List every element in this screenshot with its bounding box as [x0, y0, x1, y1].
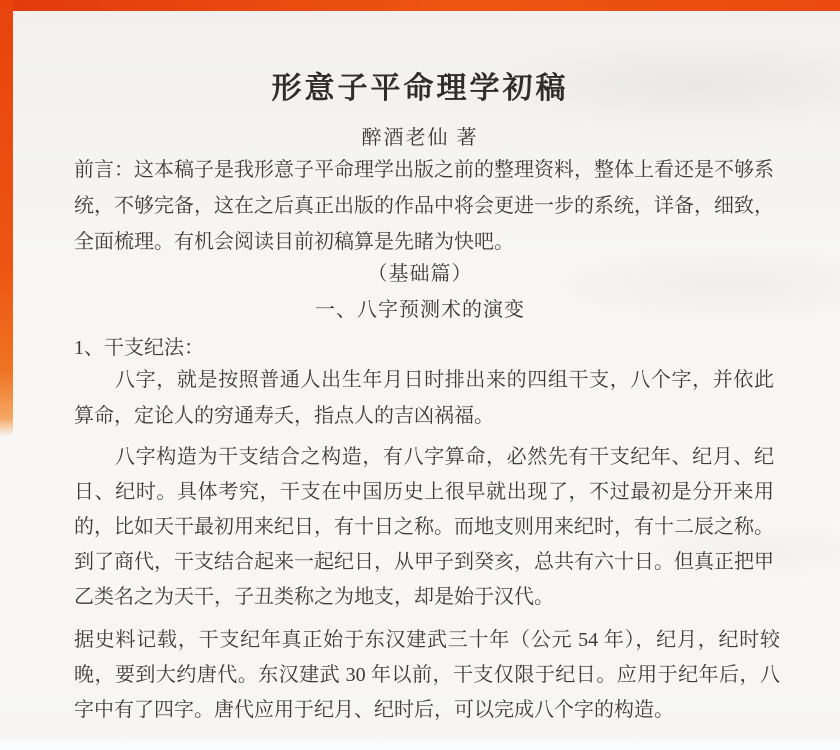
scan-bottom-edge — [0, 736, 840, 750]
scanned-page: 形意子平命理学初稿 醉酒老仙 著 前言：这本稿子是我形意子平命理学出版之前的整理… — [0, 0, 840, 750]
section-heading: （基础篇） — [0, 257, 840, 286]
list-heading: 1、干支纪法： — [74, 331, 204, 360]
body-paragraph: 据史料记载，干支纪年真正始于东汉建武三十年（公元 54 年），纪月，纪时较晚，要… — [74, 623, 780, 728]
page-title: 形意子平命理学初稿 — [0, 63, 840, 107]
preface-paragraph: 前言：这本稿子是我形意子平命理学出版之前的整理资料，整体上看还是不够系统，不够完… — [74, 152, 774, 260]
chapter-heading: 一、八字预测术的演变 — [0, 293, 840, 322]
scan-top-border — [0, 0, 840, 11]
body-paragraph: 八字构造为干支结合之构造，有八字算命，必然先有干支纪年、纪月、纪日、纪时。具体考… — [74, 440, 774, 615]
body-paragraph: 八字，就是按照普通人出生年月日时排出来的四组干支，八个字，并依此算命，定论人的穷… — [74, 362, 774, 434]
author-line: 醉酒老仙 著 — [0, 121, 840, 150]
